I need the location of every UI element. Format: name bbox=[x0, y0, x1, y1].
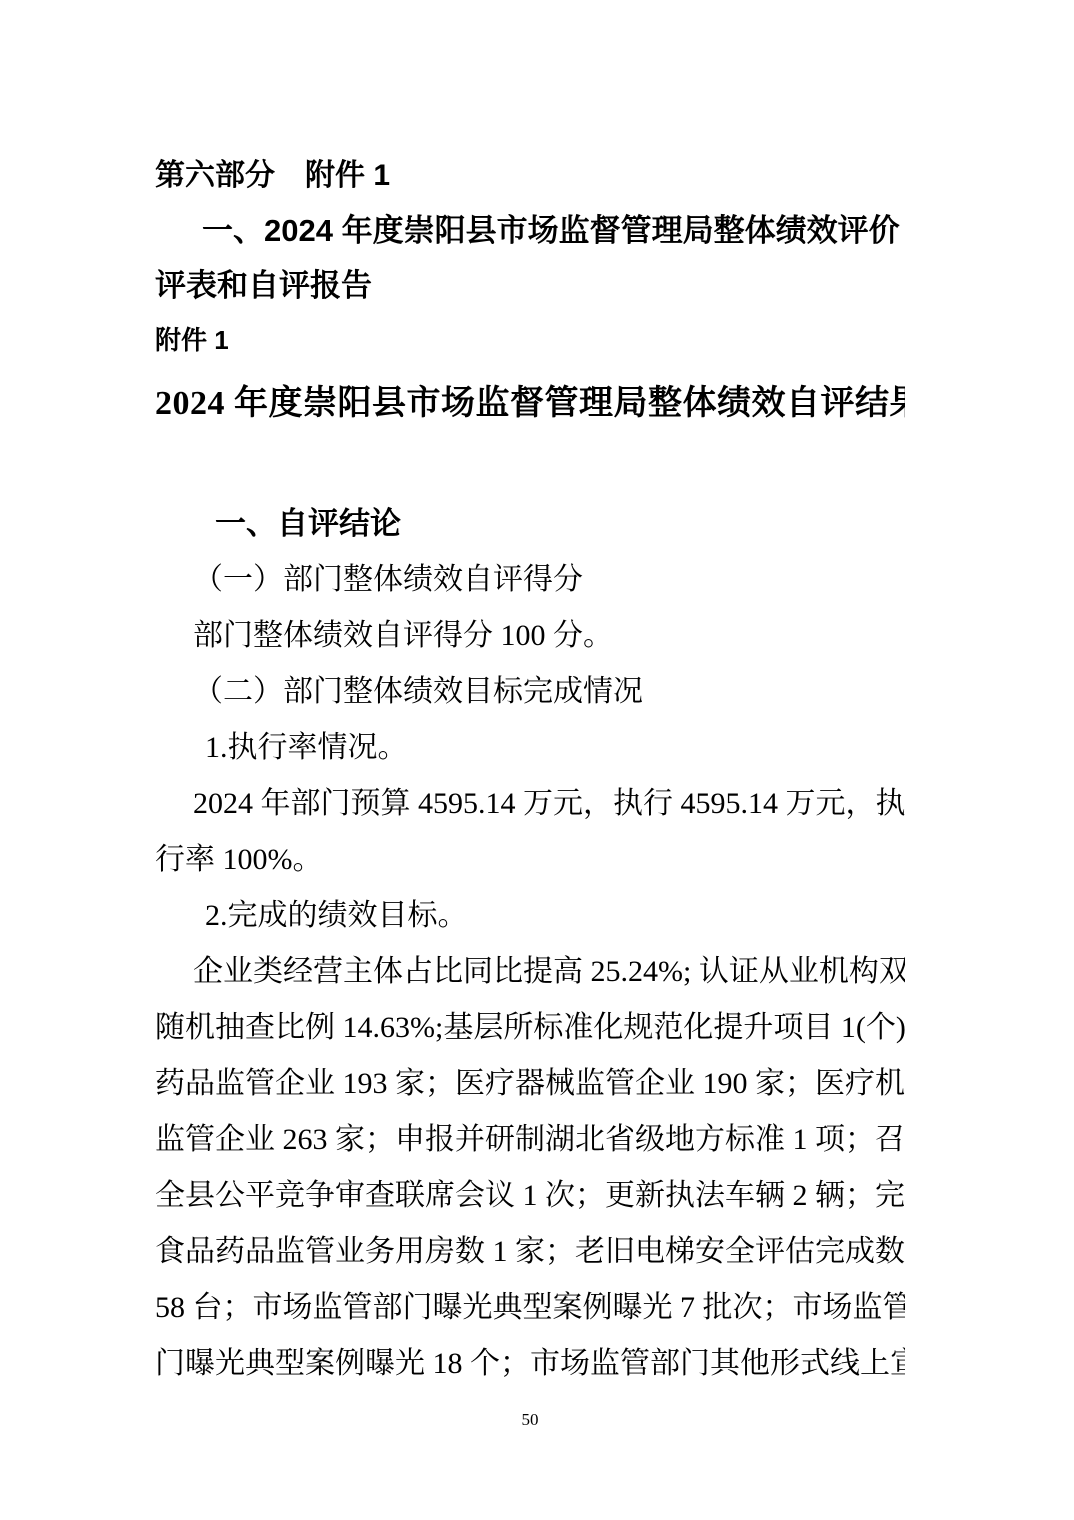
body-line: 1.执行率情况。 bbox=[155, 720, 905, 776]
body-line: 部门整体绩效自评得分 100 分。 bbox=[155, 608, 905, 664]
body-line: 2.完成的绩效目标。 bbox=[155, 888, 905, 944]
body-line: 行率 100%。 bbox=[155, 832, 905, 888]
body-line: 监管企业 263 家；申报并研制湖北省级地方标准 1 项；召开 bbox=[155, 1112, 905, 1168]
body-line: 全县公平竞争审查联席会议 1 次；更新执法车辆 2 辆；完成 bbox=[155, 1168, 905, 1224]
list-heading-line-1: 一、2024 年度崇阳县市场监督管理局整体绩效评价自 bbox=[155, 203, 905, 258]
body-line: 门曝光典型案例曝光 18 个；市场监管部门其他形式线上宣 bbox=[155, 1336, 905, 1392]
part-heading: 第六部分 附件 1 bbox=[155, 148, 905, 203]
report-title: 2024 年度崇阳县市场监督管理局整体绩效自评结果 bbox=[155, 368, 905, 440]
body-line: 58 台；市场监管部门曝光典型案例曝光 7 批次；市场监管部 bbox=[155, 1280, 905, 1336]
list-heading-line-2: 评表和自评报告 bbox=[155, 258, 905, 313]
document-page: 第六部分 附件 1 一、2024 年度崇阳县市场监督管理局整体绩效评价自 评表和… bbox=[0, 0, 1074, 1520]
spacer bbox=[155, 440, 905, 496]
body-line: 食品药品监管业务用房数 1 家；老旧电梯安全评估完成数量 bbox=[155, 1224, 905, 1280]
attachment-label: 附件 1 bbox=[155, 313, 905, 368]
page-number: 50 bbox=[155, 1408, 905, 1432]
body-line: 企业类经营主体占比同比提高 25.24%; 认证从业机构双 bbox=[155, 944, 905, 1000]
body-line: （二）部门整体绩效目标完成情况 bbox=[155, 664, 905, 720]
section-heading-self-evaluation: 一、自评结论 bbox=[155, 496, 905, 552]
body-line: 随机抽查比例 14.63%;基层所标准化规范化提升项目 1(个); bbox=[155, 1000, 905, 1056]
body-line: 药品监管企业 193 家；医疗器械监管企业 190 家；医疗机构 bbox=[155, 1056, 905, 1112]
body-line: 2024 年部门预算 4595.14 万元，执行 4595.14 万元，执 bbox=[155, 776, 905, 832]
body-line: （一）部门整体绩效自评得分 bbox=[155, 552, 905, 608]
